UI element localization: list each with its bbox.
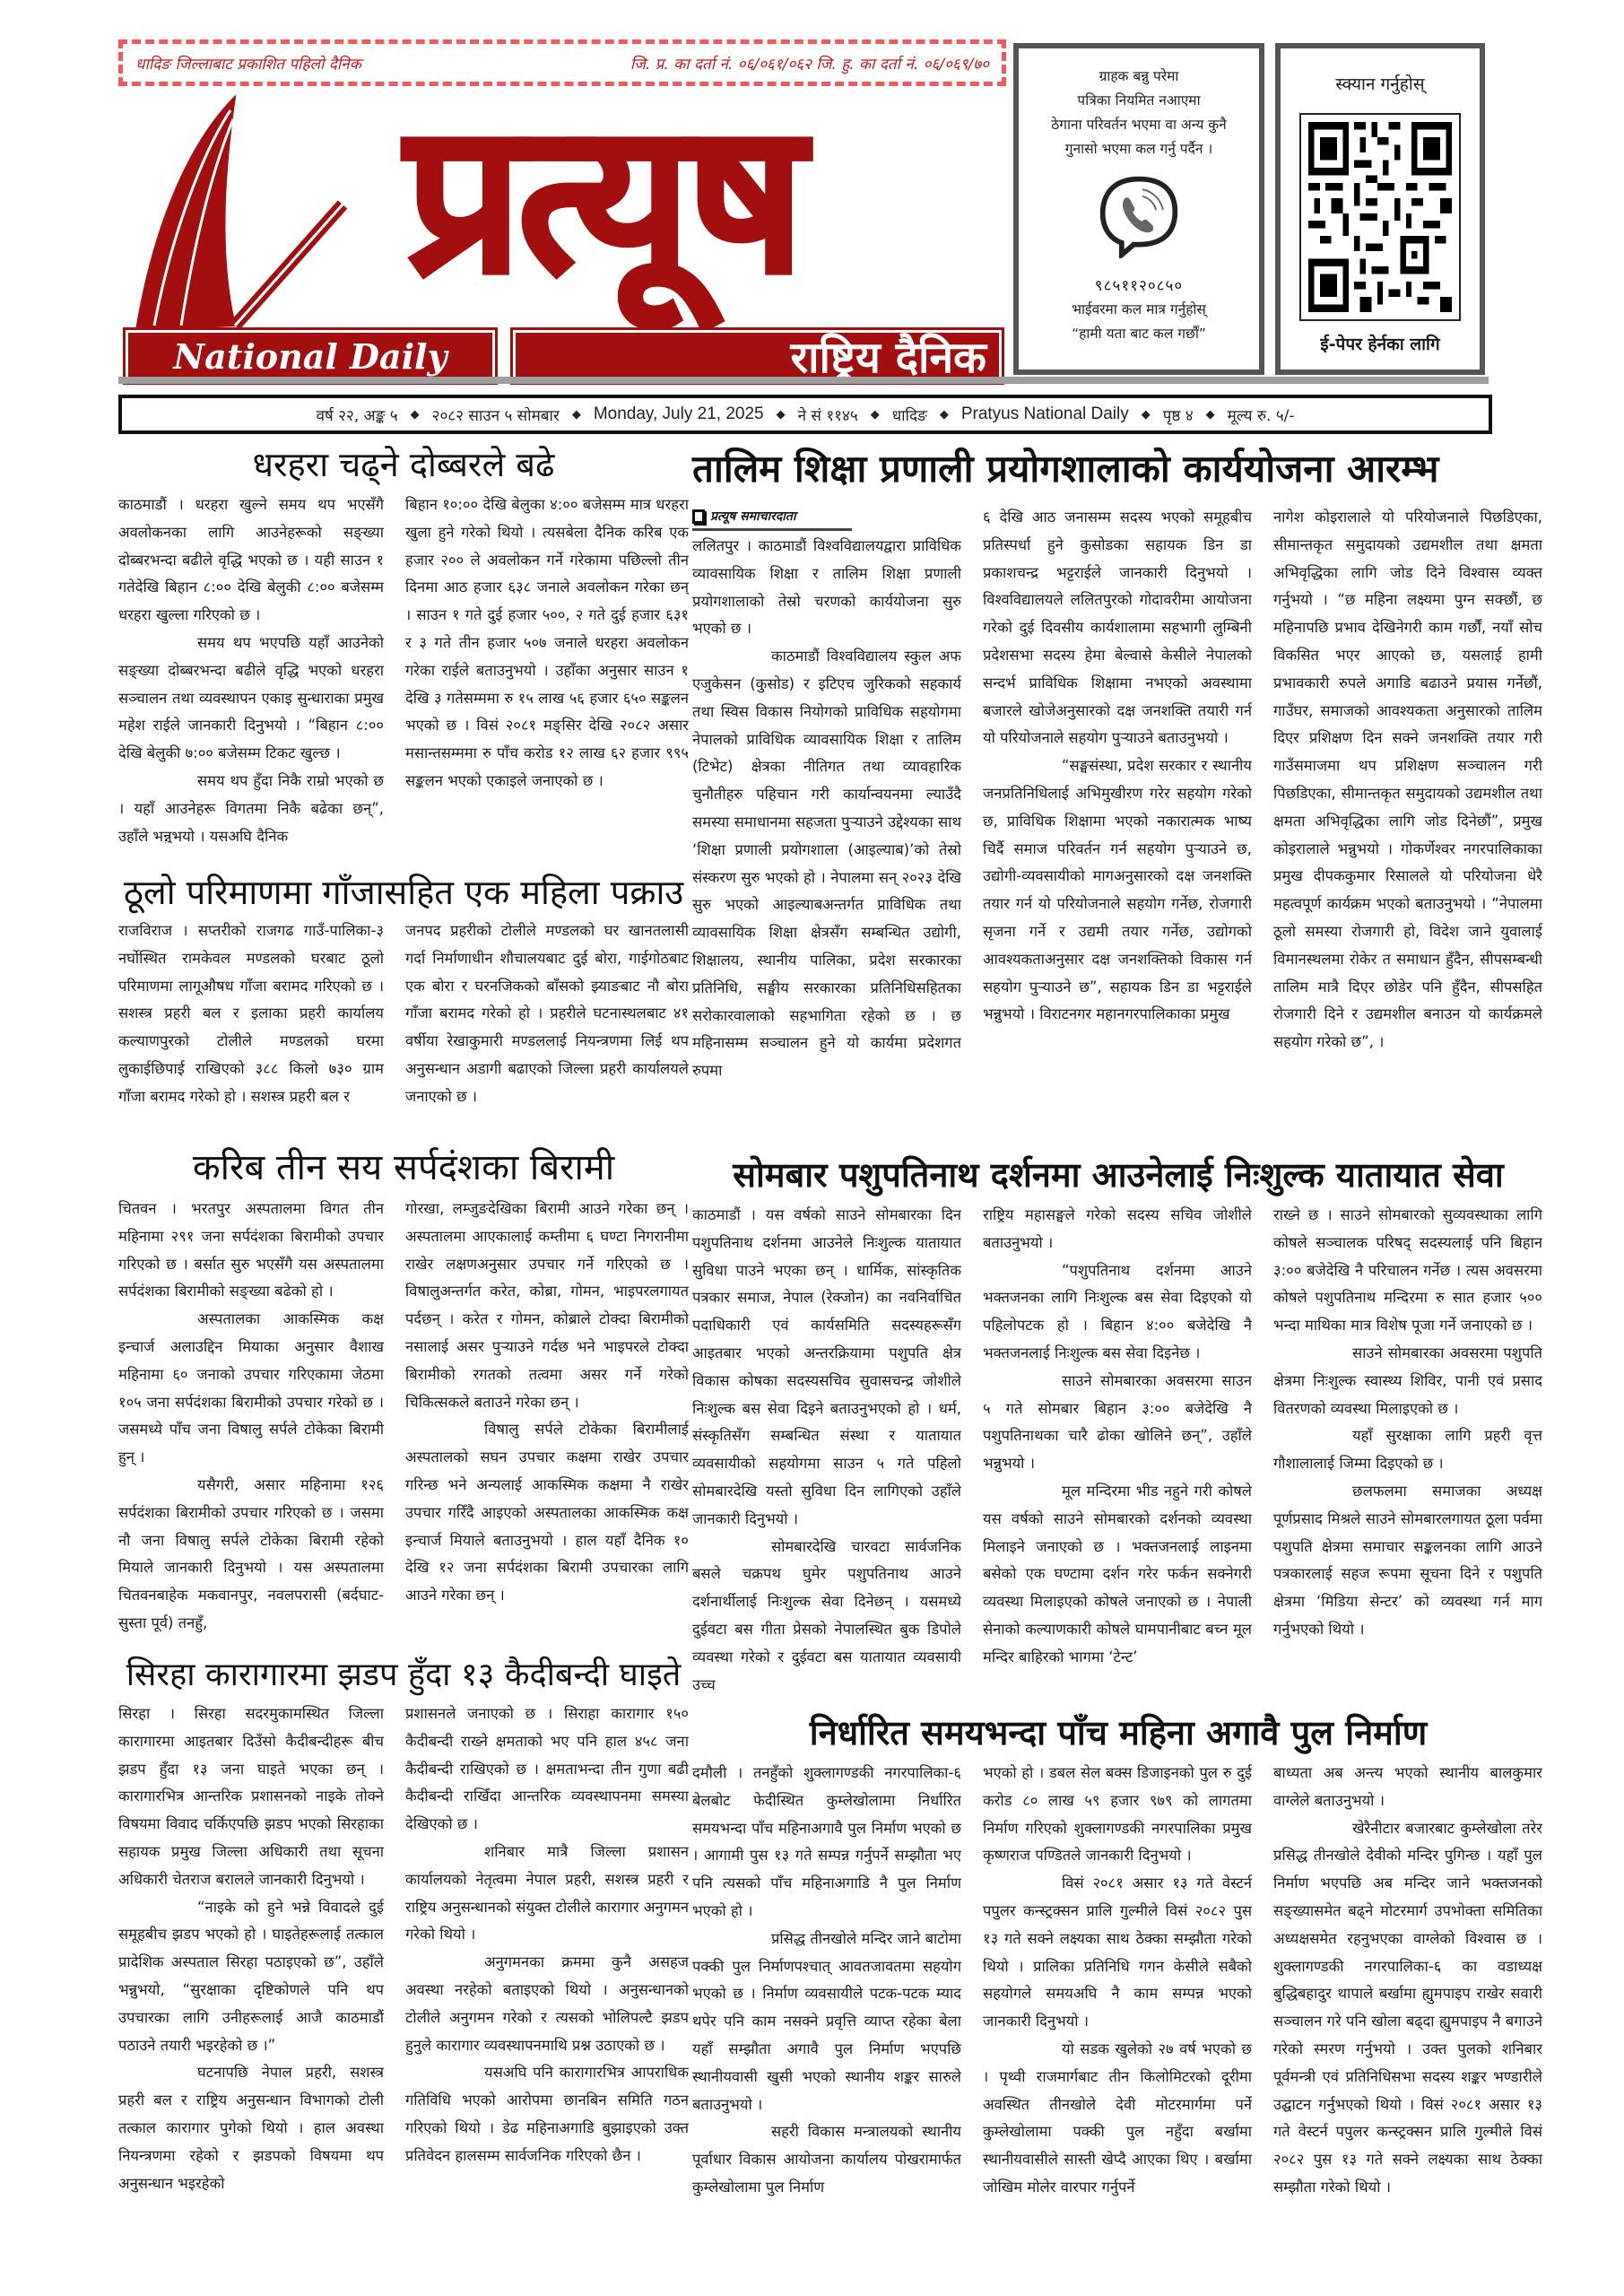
article-paragraph: छलफलमा समाजका अध्यक्ष पूर्णप्रसाद मिश्रल… (1273, 1478, 1542, 1644)
headline-siraha[interactable]: सिरहा कारागारमा झडप हुँदा १३ कैदीबन्दी घ… (118, 1657, 689, 1693)
article-paragraph: यहाँ सुरक्षाका लागि प्रहरी वृत्त गौशालाल… (1273, 1422, 1542, 1478)
article-paragraph: खेरैनीटार बजारबाट कुम्लेखोला तरेर प्रसिद… (1273, 1815, 1542, 2202)
nepal-sambat: ने सं ११४५ (798, 404, 858, 425)
headline-pashupati[interactable]: सोमबार पशुपतिनाथ दर्शनमा आउनेलाई निःशुल्… (692, 1157, 1544, 1195)
registration-number: जि. प्र. का दर्ता नं. ०६/०६१/०६२ जि. हु.… (630, 53, 989, 74)
article-paragraph: राष्ट्रिय महासङ्घले गरेको सदस्य सचिव जोश… (983, 1202, 1252, 1257)
notice-line: ग्राहक बन्नु परेमा (1099, 65, 1179, 89)
article-paragraph: विषालु सर्पले टोकेका बिरामीलाई अस्पतालको… (405, 1416, 689, 1610)
newspaper-logo: प्रत्यूष National Daily राष्ट्रिय दैनिक (118, 88, 1008, 375)
article-paragraph: यसअघि पनि कारागारभित्र आपराधिक गतिविधि भ… (405, 2059, 689, 2170)
headline-ganja[interactable]: ठूलो परिमाणमा गाँजासहित एक महिला पक्राउ (118, 874, 689, 912)
qr-code-box: स्क्यान गर्नुहोस् (1275, 43, 1485, 375)
byline: प्रत्यूष समाचारदाता (692, 504, 852, 531)
separator-icon: ◆ (1206, 408, 1215, 422)
article-body-col: गोरखा, लम्जुङदेखिका बिरामी आउने गरेका छन… (405, 1196, 689, 1644)
article-paragraph: सहरी विकास मन्त्रालयको स्थानीय पूर्वाधार… (692, 2118, 961, 2201)
article-paragraph: प्रसिद्ध तीनखोले मन्दिर जाने बाटोमा पक्क… (692, 1926, 961, 2119)
headline-snakebite[interactable]: करिब तीन सय सर्पदंशका बिरामी (118, 1148, 689, 1187)
separator-icon: ◆ (411, 408, 420, 422)
article-paragraph: यो सडक खुलेको २७ वर्ष भएको छ । पृथ्वी रा… (983, 2036, 1252, 2202)
logo-subtitle-np: राष्ट्रिय दैनिक (513, 330, 1002, 382)
article-paragraph: शनिबार मात्रै जिल्ला प्रशासन कार्यालयको … (405, 1839, 689, 1949)
article-body-col: बिहान १०:०० देखि बेलुका ४:०० बजेसम्म मात… (405, 491, 689, 843)
article-body-col: काठमाडौं । धरहरा खुल्ने समय थप भएसँगै अव… (118, 491, 384, 843)
article-body-col: ६ देखि आठ जनासम्म सदस्य भएको समूहबीच प्र… (983, 504, 1252, 1152)
article-paragraph: अस्पतालका आकस्मिक कक्ष इन्चार्ज अलाउद्दि… (118, 1306, 384, 1472)
article-paragraph: प्रशासनले जनाएको छ । सिराहा कारागार १५० … (405, 1700, 689, 1839)
place: धादिङ (892, 404, 927, 425)
date-english: Monday, July 21, 2025 (594, 404, 764, 424)
qr-code-icon[interactable] (1299, 113, 1461, 321)
scan-label: स्क्यान गर्नुहोस् (1335, 72, 1424, 95)
headline-dharahara[interactable]: धरहरा चढ्ने दोब्बरले बढे (118, 447, 689, 484)
article-paragraph: घटनापछि नेपाल प्रहरी, सशस्त्र प्रहरी बल … (118, 2059, 384, 2197)
article-body-col: ललितपुर । काठमाडौं विश्वविद्यालयद्वारा प… (692, 533, 961, 1152)
date-nepali: २०८२ साउन ५ सोमबार (432, 404, 560, 425)
notice-line: गुनासो भएमा कल गर्नु पर्दैन । (1065, 137, 1212, 161)
notice-line: ठेगाना परिवर्तन भएमा वा अन्य कुनै (1051, 113, 1227, 137)
article-paragraph: चितवन । भरतपुर अस्पतालमा विगत तीन महिनाम… (118, 1196, 384, 1306)
article-paragraph: गोरखा, लम्जुङदेखिका बिरामी आउने गरेका छन… (405, 1196, 689, 1416)
article-paragraph: दमौली । तनहुँको शुक्लागण्डकी नगरपालिका-६… (692, 1760, 961, 1926)
viber-instruction: भाईवरमा कल मात्र गर्नुहोस् (1072, 298, 1206, 322)
article-body-col: काठमाडौं । यस वर्षको साउने सोमबारका दिन … (692, 1202, 961, 1704)
volume-issue: वर्ष २२, अङ्क ५ (316, 404, 397, 425)
phone-number[interactable]: ९८५११२०८५० (1095, 274, 1183, 298)
article-body-col: दमौली । तनहुँको शुक्लागण्डकी नगरपालिका-६… (692, 1760, 961, 2262)
masthead-divider (118, 377, 1489, 384)
article-paragraph: राख्ने छ । साउने सोमबारको सुव्यवस्थाका ल… (1273, 1202, 1542, 1340)
article-body-col: बाध्यता अब अन्त्य भएको स्थानीय बालकुमार … (1273, 1760, 1542, 2262)
separator-icon: ◆ (871, 408, 880, 422)
epaper-label: ई-पेपर हेर्नका लागि (1320, 332, 1439, 355)
notice-line: पत्रिका नियमित नआएमा (1077, 89, 1200, 113)
article-paragraph: साउने सोमबारका अवसरमा पशुपति क्षेत्रमा न… (1273, 1340, 1542, 1422)
article-paragraph: “पशुपतिनाथ दर्शनमा आउने भक्तजनका लागि नि… (983, 1257, 1252, 1368)
subscription-notice: ग्राहक बन्नु परेमा पत्रिका नियमित नआएमा … (1013, 43, 1264, 375)
article-body-col: जनपद प्रहरीको टोलीले मण्डलको घर खानतलासी… (405, 918, 689, 1142)
article-body-col: प्रशासनले जनाएको छ । सिराहा कारागार १५० … (405, 1700, 689, 2257)
article-paragraph: अनुगमनका क्रममा कुनै असहज अवस्था नरहेको … (405, 1949, 689, 2059)
separator-icon: ◆ (1142, 408, 1151, 422)
viber-phone-icon (1096, 172, 1182, 258)
article-body-col: राख्ने छ । साउने सोमबारको सुव्यवस्थाका ल… (1273, 1202, 1542, 1704)
logo-title: प्रत्यूष (208, 88, 997, 312)
logo-subtitle-en: National Daily (126, 330, 495, 382)
article-paragraph: मूल मन्दिरमा भीड नहुने गरी कोषले यस वर्ष… (983, 1478, 1252, 1672)
article-body-col: नागेश कोइरालाले यो परियोजनाले पिछडिएका, … (1273, 504, 1542, 1152)
article-body-col: राजविराज । सप्तरीको राजगढ गाउँ-पालिका-३ … (118, 918, 384, 1142)
article-body-col: भएको हो । डबल सेल बक्स डिजाइनको पुल रु द… (983, 1760, 1252, 2262)
article-paragraph: ६ देखि आठ जनासम्म सदस्य भएको समूहबीच प्र… (983, 504, 1252, 752)
article-paragraph: बाध्यता अब अन्त्य भएको स्थानीय बालकुमार … (1273, 1760, 1542, 1815)
article-paragraph: काठमाडौं । यस वर्षको साउने सोमबारका दिन … (692, 1202, 961, 1534)
byline-box-icon (692, 509, 705, 524)
dateline-bar: वर्ष २२, अङ्क ५ ◆ २०८२ साउन ५ सोमबार ◆ M… (118, 395, 1492, 434)
article-paragraph: साउने सोमबारका अवसरमा साउन ५ गते सोमबार … (983, 1368, 1252, 1478)
byline-text: प्रत्यूष समाचारदाता (710, 508, 795, 525)
separator-icon: ◆ (777, 408, 786, 422)
paper-name-en: Pratyus National Daily (961, 404, 1129, 424)
article-paragraph: जनपद प्रहरीको टोलीले मण्डलको घर खानतलासी… (405, 918, 689, 1111)
callback-note: “हामी यता बाट कल गर्छौं” (1072, 322, 1206, 346)
article-body-col: सिरहा । सिरहा सदरमुकामस्थित जिल्ला काराग… (118, 1700, 384, 2257)
article-paragraph: सिरहा । सिरहा सदरमुकामस्थित जिल्ला काराग… (118, 1700, 384, 1894)
article-body-col: राष्ट्रिय महासङ्घले गरेको सदस्य सचिव जोश… (983, 1202, 1252, 1704)
price: मूल्य रु. ५/- (1228, 404, 1295, 425)
article-paragraph: भएको हो । डबल सेल बक्स डिजाइनको पुल रु द… (983, 1760, 1252, 1870)
article-paragraph: ललितपुर । काठमाडौं विश्वविद्यालयद्वारा प… (692, 533, 961, 643)
separator-icon: ◆ (940, 408, 949, 422)
article-body-col: चितवन । भरतपुर अस्पतालमा विगत तीन महिनाम… (118, 1196, 384, 1644)
separator-icon: ◆ (572, 408, 581, 422)
headline-training-lab[interactable]: तालिम शिक्षा प्रणाली प्रयोगशालाको कार्यय… (692, 448, 1508, 490)
article-paragraph: सोमबारदेखि चारवटा सार्वजनिक बसले चक्रपथ … (692, 1534, 961, 1700)
article-paragraph: “सङ्घसंस्था, प्रदेश सरकार र स्थानीय जनप्… (983, 752, 1252, 1029)
page-number: पृष्ठ ४ (1163, 404, 1194, 425)
article-paragraph: नागेश कोइरालाले यो परियोजनाले पिछडिएका, … (1273, 504, 1542, 1057)
tagline-left: धादिङ जिल्लाबाट प्रकाशित पहिलो दैनिक (135, 53, 361, 74)
article-paragraph: यसैगरी, असार महिनामा १२६ सर्पदंशका बिराम… (118, 1472, 384, 1638)
headline-bridge[interactable]: निर्धारित समयभन्दा पाँच महिना अगावै पुल … (692, 1715, 1544, 1752)
article-paragraph: “नाइके को हुने भन्ने विवादले दुई समूहबीच… (118, 1894, 384, 2060)
article-paragraph: काठमाडौं विश्वविद्यालय स्कुल अफ एजुकेसन … (692, 643, 961, 1085)
article-paragraph: समय थप हुँदा निकै राम्रो भएको छ । यहाँ आ… (118, 768, 384, 843)
article-paragraph: राजविराज । सप्तरीको राजगढ गाउँ-पालिका-३ … (118, 918, 384, 1111)
article-paragraph: काठमाडौं । धरहरा खुल्ने समय थप भएसँगै अव… (118, 491, 384, 630)
article-paragraph: विसं २०८१ असार १३ गते वेस्टर्न पपुलर कन्… (983, 1870, 1252, 2036)
article-paragraph: समय थप भएपछि यहाँ आउनेको सङ्ख्या दोब्बरभ… (118, 630, 384, 768)
article-paragraph: बिहान १०:०० देखि बेलुका ४:०० बजेसम्म मात… (405, 491, 689, 796)
